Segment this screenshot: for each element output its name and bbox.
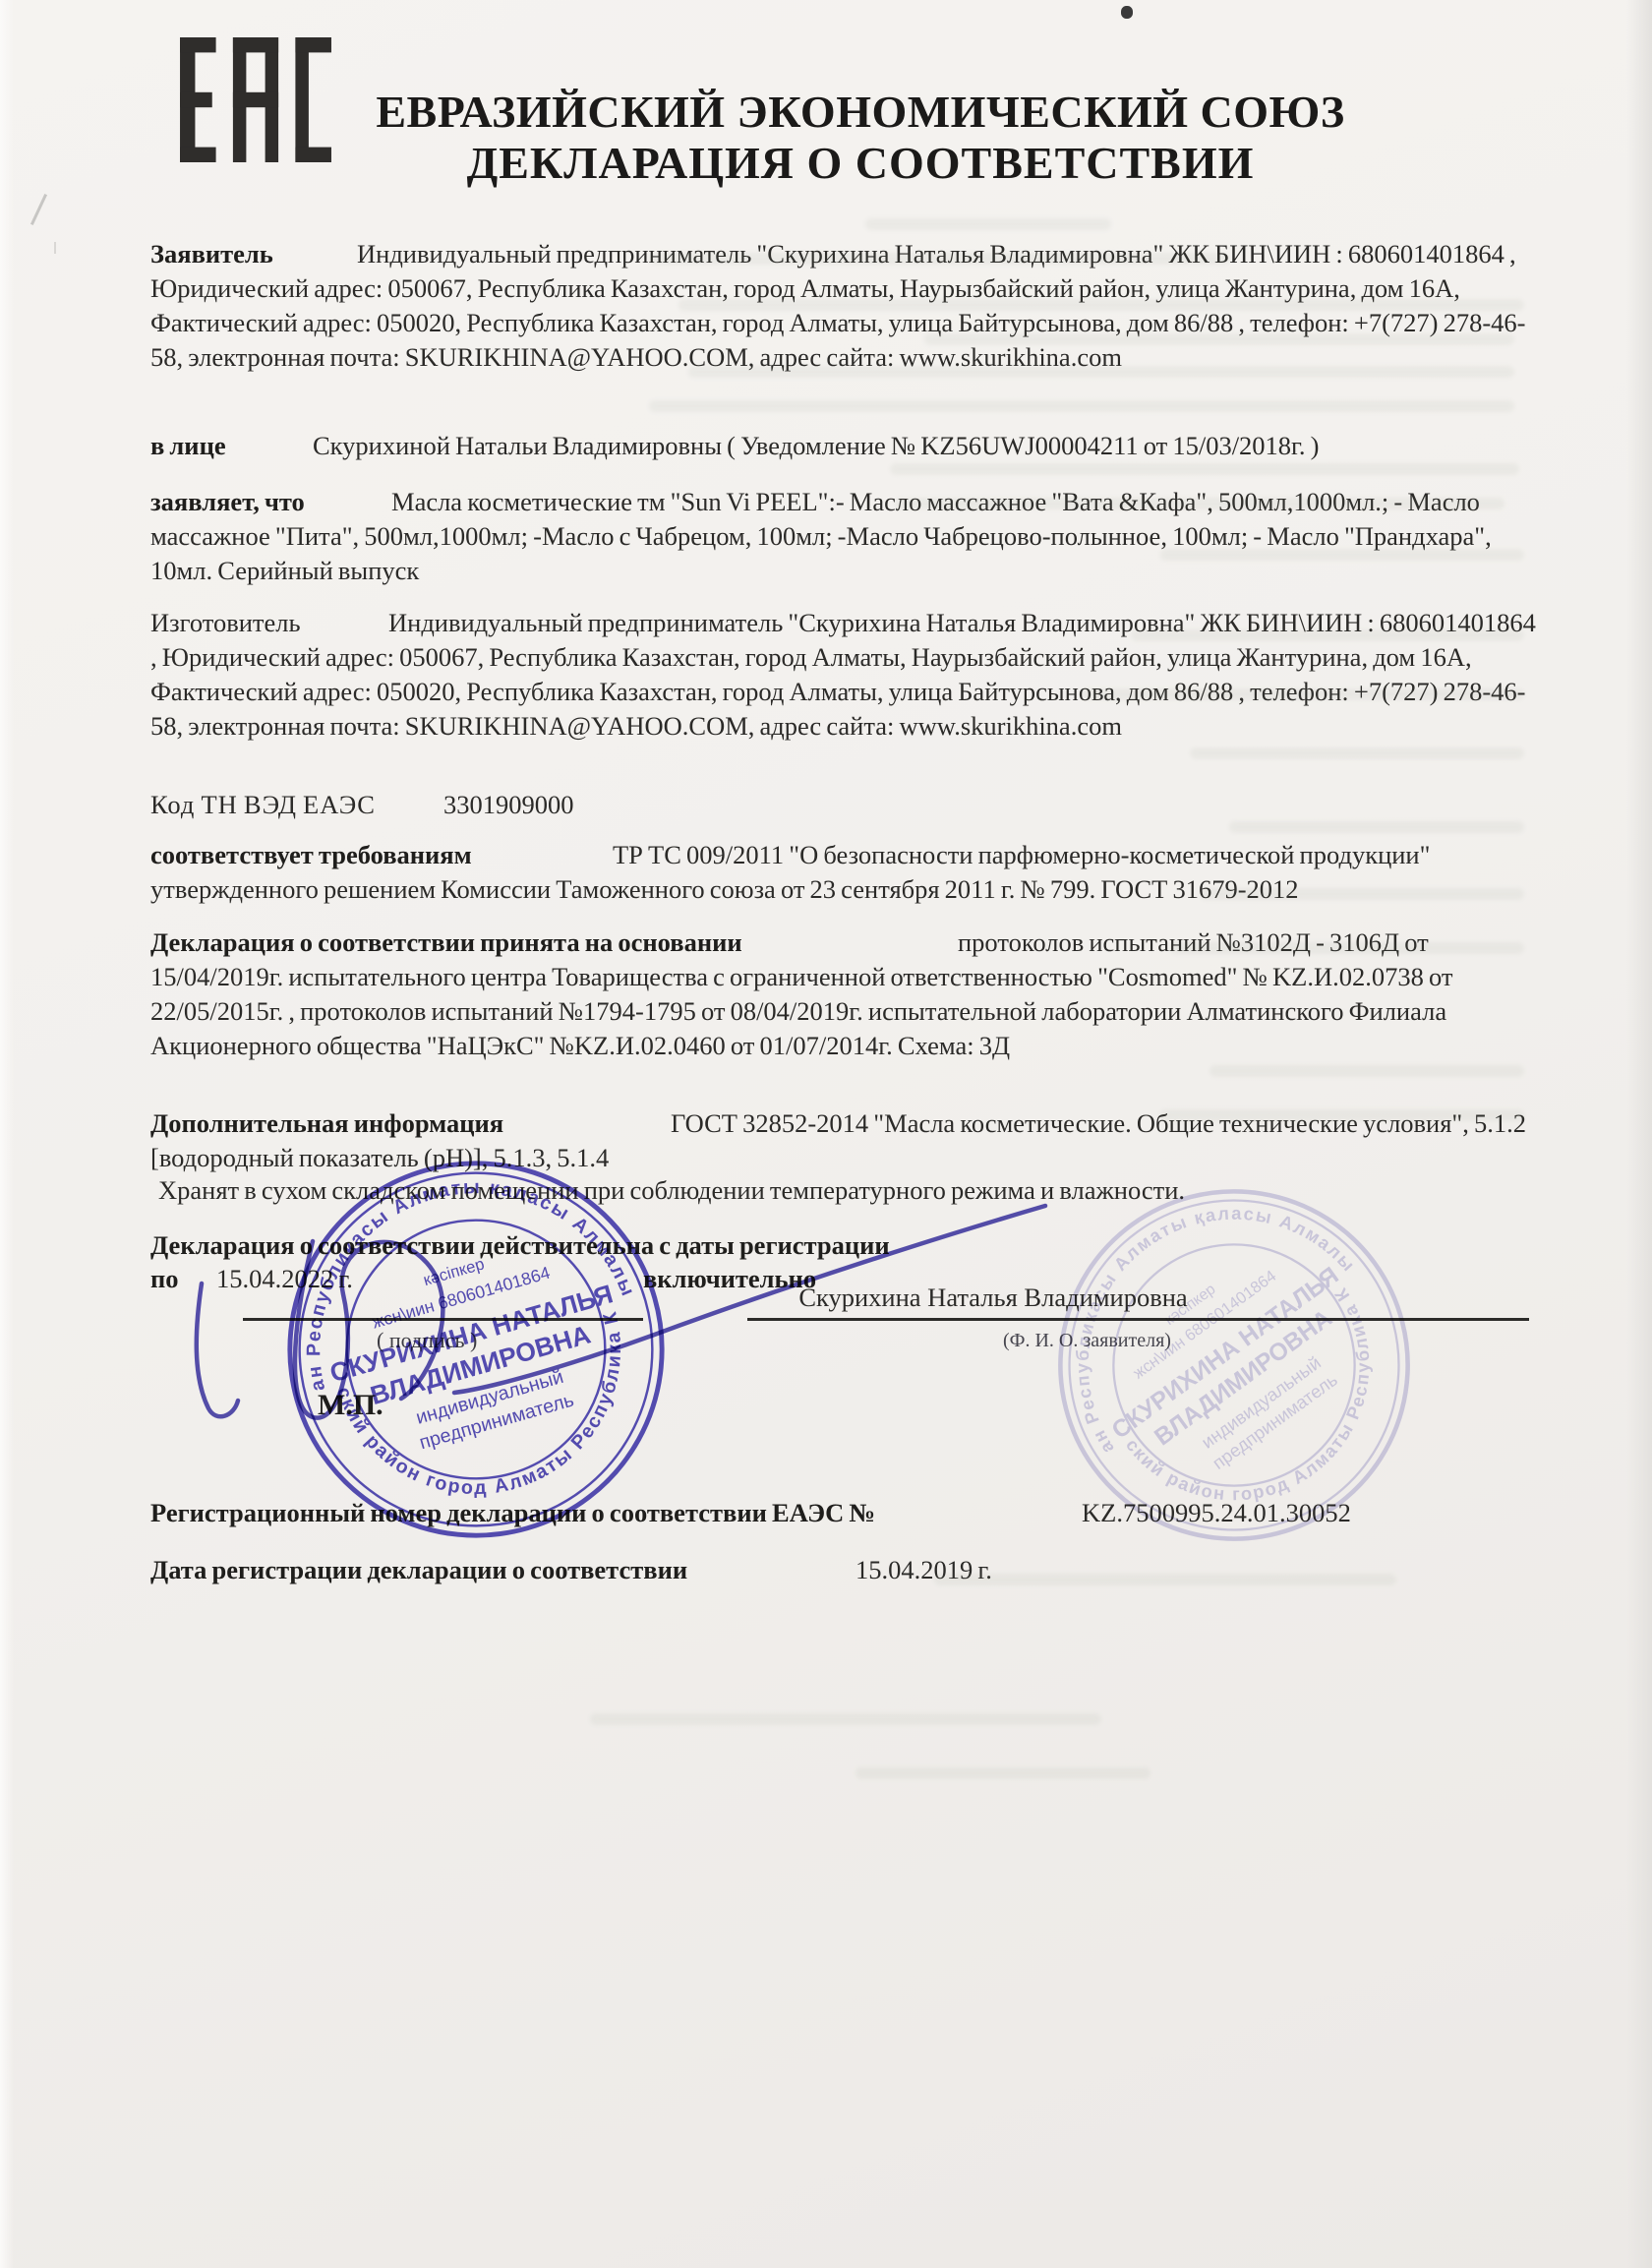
title-union: ЕВРАЗИЙСКИЙ ЭКОНОМИЧЕСКИЙ СОЮЗ xyxy=(295,87,1426,138)
bleedthrough-mark xyxy=(649,253,1229,265)
bleedthrough-mark xyxy=(934,1574,1396,1585)
bleedthrough-mark xyxy=(688,366,1514,378)
bleedthrough-mark xyxy=(924,333,1514,345)
validity-po-label: по xyxy=(150,1262,216,1296)
scan-smudge xyxy=(30,194,47,225)
manufacturer-label: Изготовитель xyxy=(150,606,388,640)
person-text: Скурихиной Натальи Владимировны ( Уведом… xyxy=(313,431,1320,460)
field-manufacturer: ИзготовительИндивидуальный предпринимате… xyxy=(150,606,1539,744)
round-stamp-left: Қазақстан Республикасы Алматы қаласы Алм… xyxy=(283,1157,669,1542)
bleedthrough-mark xyxy=(678,299,1524,311)
bleedthrough-mark xyxy=(1160,1109,1524,1121)
bleedthrough-mark xyxy=(895,498,1504,509)
scan-speck xyxy=(1121,6,1133,19)
tnved-value: 3301909000 xyxy=(443,790,574,819)
bleedthrough-mark xyxy=(1082,688,1524,700)
bleedthrough-mark xyxy=(1209,1065,1524,1077)
bleedthrough-mark xyxy=(1131,629,1524,641)
additional-label: Дополнительная информация xyxy=(150,1106,671,1141)
bleedthrough-mark xyxy=(890,463,1519,475)
bleedthrough-mark xyxy=(649,400,1514,412)
conforms-label: соответствует требованиям xyxy=(150,838,613,872)
document-title: ЕВРАЗИЙСКИЙ ЭКОНОМИЧЕСКИЙ СОЮЗ ДЕКЛАРАЦИ… xyxy=(295,87,1426,189)
title-declaration: ДЕКЛАРАЦИЯ О СООТВЕТСТВИИ xyxy=(295,138,1426,189)
person-label: в лице xyxy=(150,429,313,463)
bleedthrough-mark xyxy=(1190,747,1524,759)
applicant-label: Заявитель xyxy=(150,237,357,271)
bleedthrough-mark xyxy=(1170,942,1524,954)
basis-label: Декларация о соответствии принята на осн… xyxy=(150,925,958,960)
declares-label: заявляет, что xyxy=(150,485,391,519)
bleedthrough-mark xyxy=(865,218,1111,230)
bleedthrough-mark xyxy=(855,1767,1150,1779)
bleedthrough-mark xyxy=(590,1713,1101,1725)
field-person: в лицеСкурихиной Натальи Владимировны ( … xyxy=(150,429,1539,463)
tnved-label: Код ТН ВЭД ЕАЭС xyxy=(150,788,443,822)
registration-date-label: Дата регистрации декларации о соответств… xyxy=(150,1553,855,1587)
declaration-document: ЕВРАЗИЙСКИЙ ЭКОНОМИЧЕСКИЙ СОЮЗ ДЕКЛАРАЦИ… xyxy=(0,0,1652,2268)
scan-smudge xyxy=(54,242,56,254)
bleedthrough-mark xyxy=(1200,888,1524,900)
bleedthrough-mark xyxy=(1229,821,1524,833)
round-stamp-right: Қазақстан Республикасы Алматы қаласы Алм… xyxy=(1031,1162,1437,1568)
bleedthrough-mark xyxy=(1160,549,1524,561)
field-tnved: Код ТН ВЭД ЕАЭС3301909000 xyxy=(150,788,1539,822)
